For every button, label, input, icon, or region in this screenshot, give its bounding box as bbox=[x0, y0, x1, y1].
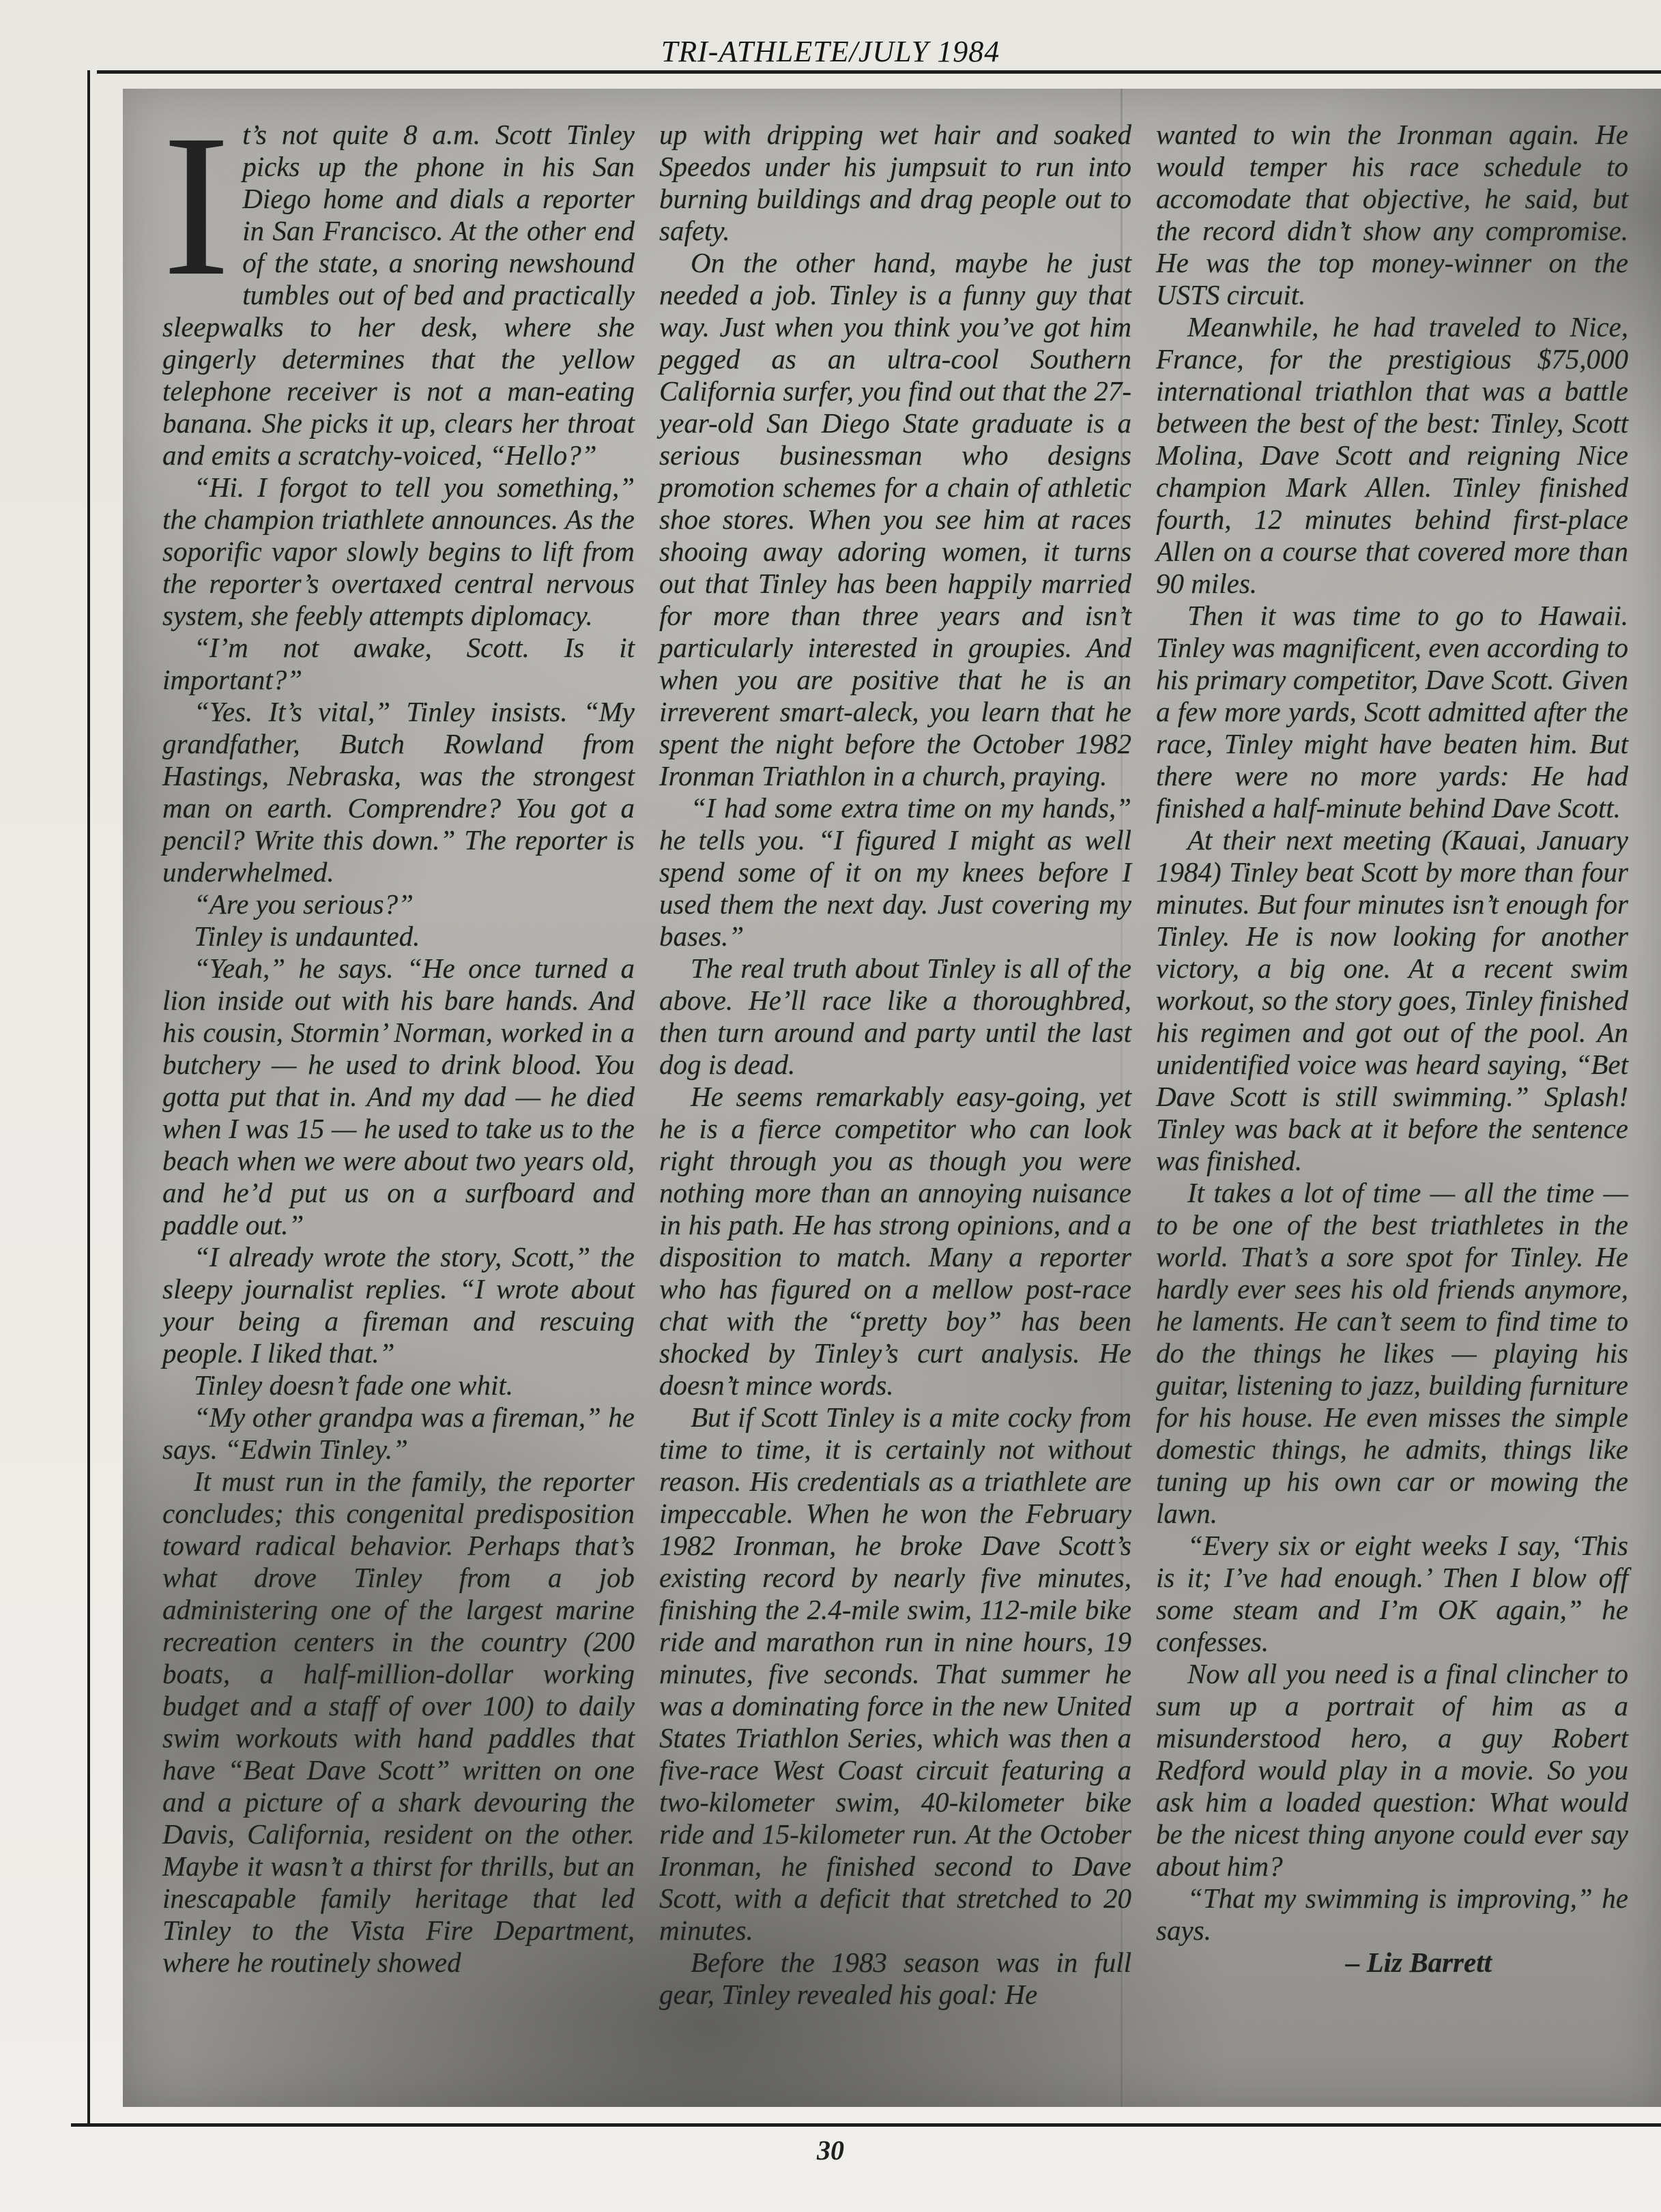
article-scan: It’s not quite 8 a.m. Scott Tinley picks… bbox=[123, 89, 1661, 2107]
article-paragraph: On the other hand, maybe he just needed … bbox=[659, 247, 1131, 792]
article-paragraph: “That my swimming is improving,” he says… bbox=[1156, 1882, 1628, 1947]
article-paragraph: “I had some extra time on my hands,” he … bbox=[659, 792, 1131, 952]
article-paragraph: It takes a lot of time — all the time — … bbox=[1156, 1177, 1628, 1530]
article-paragraph: But if Scott Tinley is a mite cocky from… bbox=[659, 1401, 1131, 1947]
article-paragraph: Then it was time to go to Hawaii. Tinley… bbox=[1156, 600, 1628, 824]
article-paragraph: Tinley is undaunted. bbox=[162, 920, 635, 952]
article-paragraph: Now all you need is a final clincher to … bbox=[1156, 1658, 1628, 1882]
article-paragraph: Meanwhile, he had traveled to Nice, Fran… bbox=[1156, 311, 1628, 600]
article-paragraph: “Every six or eight weeks I say, ‘This i… bbox=[1156, 1530, 1628, 1658]
article-paragraph: “Yes. It’s vital,” Tinley insists. “My g… bbox=[162, 696, 635, 888]
page-number: 30 bbox=[0, 2134, 1661, 2166]
magazine-page: { "header": { "magazine": "TRI-ATHLETE/J… bbox=[0, 0, 1661, 2212]
byline: – Liz Barrett bbox=[1156, 1947, 1628, 1979]
article-paragraph: Before the 1983 season was in full gear,… bbox=[659, 1947, 1131, 2011]
article-column-1: It’s not quite 8 a.m. Scott Tinley picks… bbox=[162, 119, 635, 2011]
article-column-3: wanted to win the Ironman again. He woul… bbox=[1156, 119, 1628, 2011]
article-column-2: up with dripping wet hair and soaked Spe… bbox=[659, 119, 1131, 2011]
article-paragraph: It must run in the family, the reporter … bbox=[162, 1466, 635, 1979]
article-paragraph: “Yeah,” he says. “He once turned a lion … bbox=[162, 952, 635, 1241]
header-rule bbox=[97, 70, 1661, 74]
article-paragraph: At their next meeting (Kauai, January 19… bbox=[1156, 824, 1628, 1177]
article-paragraph: “I already wrote the story, Scott,” the … bbox=[162, 1241, 635, 1369]
article-paragraph: “I’m not awake, Scott. Is it important?” bbox=[162, 632, 635, 696]
drop-cap: I bbox=[162, 127, 230, 284]
article-paragraph: It’s not quite 8 a.m. Scott Tinley picks… bbox=[162, 119, 635, 471]
article-paragraph: “My other grandpa was a fireman,” he say… bbox=[162, 1401, 635, 1466]
magazine-header: TRI-ATHLETE/JULY 1984 bbox=[0, 34, 1661, 69]
article-paragraph: Tinley doesn’t fade one whit. bbox=[162, 1369, 635, 1401]
article-paragraph: up with dripping wet hair and soaked Spe… bbox=[659, 119, 1131, 247]
article-columns: It’s not quite 8 a.m. Scott Tinley picks… bbox=[162, 119, 1628, 2011]
footer-rule bbox=[71, 2123, 1661, 2127]
article-paragraph: The real truth about Tinley is all of th… bbox=[659, 952, 1131, 1081]
left-border-rule bbox=[87, 70, 90, 2127]
article-paragraph: He seems remarkably easy-going, yet he i… bbox=[659, 1081, 1131, 1401]
article-paragraph: “Hi. I forgot to tell you something,” th… bbox=[162, 471, 635, 632]
article-paragraph: wanted to win the Ironman again. He woul… bbox=[1156, 119, 1628, 311]
paragraph-text: t’s not quite 8 a.m. Scott Tinley picks … bbox=[162, 119, 635, 471]
article-paragraph: “Are you serious?” bbox=[162, 888, 635, 920]
